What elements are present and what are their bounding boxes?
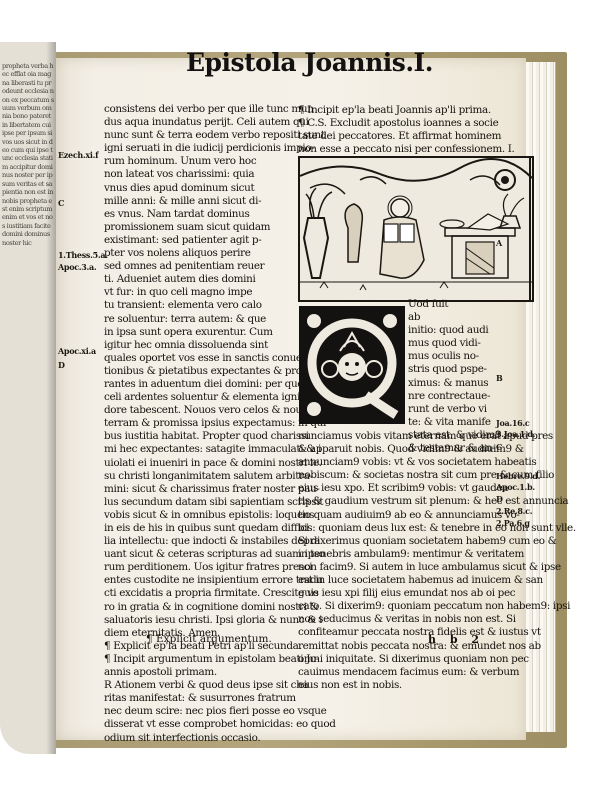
gutter-shadow bbox=[46, 42, 56, 754]
margin-note: Apoc.3.a. bbox=[58, 262, 96, 272]
text-line: nunciamus vobis vitam eternam que erat a… bbox=[298, 430, 528, 443]
text-line: mini: sicut & charissimus frater noster … bbox=[104, 483, 304, 496]
text-line: igni seruati in die iudicij perdicionis … bbox=[104, 142, 304, 155]
text-line: uant sicut & ceteras scripturas ad suam … bbox=[104, 548, 304, 561]
text-line: nobiscum: & societas nostra sit cum pre … bbox=[298, 469, 528, 482]
text-line: non facim9. Si autem in luce ambulamus s… bbox=[298, 561, 528, 574]
text-line: runt de verbo vi bbox=[408, 403, 518, 416]
woodcut-illustration bbox=[298, 156, 534, 302]
text-line: sed omnes ad penitentiam reuer bbox=[104, 260, 304, 273]
text-line: bus iustitia habitat. Propter quod chari… bbox=[104, 430, 304, 443]
saint-john-woodcut-icon bbox=[300, 158, 532, 300]
text-line: ¶ Incipit ep'la beati Joannis ap'li prim… bbox=[298, 104, 528, 117]
margin-note: D bbox=[58, 360, 65, 370]
margin-note: Joa.16.c bbox=[496, 418, 529, 428]
margin-note: Apoc.xi.a bbox=[58, 346, 96, 356]
text-line: quales oportet vos esse in sanctis conue… bbox=[104, 352, 304, 365]
text-line: rum perditionem. Uos igitur fratres pres… bbox=[104, 561, 304, 574]
text-line: odium sit interfectionis occasio. bbox=[104, 732, 304, 745]
text-line: in ipsa sunt opera exurentur. Cum bbox=[104, 326, 304, 339]
explicit-argumentum: ¶ Explicit argumentum. bbox=[146, 633, 272, 645]
margin-note: Apoc.1.b. bbox=[496, 482, 535, 492]
text-line: tate dei peccatores. Et affirmat hominem bbox=[298, 130, 528, 143]
text-line: vobis sicut & in omnibus epistolis: loqu… bbox=[104, 509, 304, 522]
text-line: R Ationem verbi & quod deus ipse sit cha bbox=[104, 679, 304, 692]
text-line: initio: quod audi bbox=[408, 324, 518, 337]
text-line: terram & promissa ipsius expectamus: in … bbox=[104, 417, 304, 430]
text-line: nec deum scire: nec pios fieri posse eo … bbox=[104, 705, 304, 718]
margin-note: Hebre.9.d. bbox=[496, 471, 540, 481]
text-line: tionibus & pietatibus expectantes & prop… bbox=[104, 365, 304, 378]
margin-note: 3.Joa.1.d. bbox=[496, 429, 535, 439]
text-line: remittat nobis peccata nostra: & emundet… bbox=[298, 640, 528, 653]
text-line: rantes in aduentum diei domini: per quem bbox=[104, 378, 304, 391]
text-line: disserat vt esse comprobet homicidas: eo… bbox=[104, 718, 304, 731]
text-line: mus oculis no- bbox=[408, 350, 518, 363]
text-line: nunc sunt & terra eodem verbo repositi s… bbox=[104, 129, 304, 142]
text-line: ritas manifestat: & susurrones fratrum bbox=[104, 692, 304, 705]
text-line: est in luce societatem habemus ad inuice… bbox=[298, 574, 528, 587]
text-line: uiolati ei inueniri in pace & domini nos… bbox=[104, 457, 304, 470]
margin-note: 1.Thess.5.a. bbox=[58, 250, 108, 260]
text-line: ¶ C.S. Excludit apostolus ioannes a soci… bbox=[298, 117, 528, 130]
text-line: omni iniquitate. Si dixerimus quoniam no… bbox=[298, 653, 528, 666]
margin-note: 2.Pa.6.g bbox=[496, 518, 530, 528]
text-line: saluatoris iesu christi. Ipsi gloria & n… bbox=[104, 614, 304, 627]
grotesque-face-initial-icon bbox=[300, 307, 404, 423]
text-line: tio quam audiuim9 ab eo & annunciamus vo… bbox=[298, 509, 528, 522]
margin-note: Ezech.xi.f bbox=[58, 150, 98, 160]
margin-note: C bbox=[58, 198, 64, 208]
text-line: mus quod vidi- bbox=[408, 337, 518, 350]
text-line: confiteamur peccata nostra fidelis est &… bbox=[298, 626, 528, 639]
text-line: guis iesu xpi filij eius emundat nos ab … bbox=[298, 587, 528, 600]
text-line: existimant: sed patienter agit p- bbox=[104, 234, 304, 247]
text-line: su christi longanimitatem salutem arbitr… bbox=[104, 470, 304, 483]
text-line: dore tabescent. Nouos vero celos & nouam bbox=[104, 404, 304, 417]
text-line: tis & gaudium vestrum sit plenum: & hec … bbox=[298, 495, 528, 508]
text-line: promissionem suam sicut quidam bbox=[104, 221, 304, 234]
text-line: non esse a peccato nisi per confessionem… bbox=[298, 143, 528, 156]
text-line: re soluentur: terra autem: & que bbox=[104, 313, 304, 326]
text-line: mille anni: & mille anni sicut di- bbox=[104, 195, 304, 208]
chapter-heading: ¶ Incipit ep'la beati Joannis ap'li prim… bbox=[298, 104, 528, 156]
text-line: cti excidatis a propria firmitate. Cresc… bbox=[104, 587, 304, 600]
text-line: ¶ Incipit argumentum in epistolam beati … bbox=[104, 653, 304, 666]
text-line: nos seducimus & veritas in nobis non est… bbox=[298, 613, 528, 626]
signature-mark: h b 2 bbox=[428, 633, 484, 646]
left-page-fragment: propheta verba hec efflat oia magna libe… bbox=[0, 42, 56, 754]
text-line: Si dixerimus quoniam societatem habem9 c… bbox=[298, 535, 528, 548]
recto-page: Epistola Joannis.I. consistens dei verbo… bbox=[56, 58, 526, 740]
text-line: lus secundum datam sibi sapientiam scrip… bbox=[104, 496, 304, 509]
text-line: annis apostoli primam. bbox=[104, 666, 304, 679]
text-line: consistens dei verbo per que ille tunc m… bbox=[104, 103, 304, 116]
margin-note: C bbox=[496, 442, 502, 452]
text-line: tu transient: elementa vero calo bbox=[104, 299, 304, 312]
text-line: non lateat vos charissimi: quia bbox=[104, 168, 304, 181]
text-line: lia intellectu: que indocti & instabiles… bbox=[104, 535, 304, 548]
margin-note: D bbox=[496, 494, 503, 504]
text-line: rum hominum. Unum vero hoc bbox=[104, 155, 304, 168]
margin-note: 2.Re.8.c. bbox=[496, 506, 532, 516]
text-line: dus aqua inundatus perijt. Celi autem qu… bbox=[104, 116, 304, 129]
margin-note: A bbox=[496, 238, 502, 248]
text-line: vnus dies apud dominum sicut bbox=[104, 182, 304, 195]
text-line: nre contrectaue- bbox=[408, 390, 518, 403]
right-column-body: nunciamus vobis vitam eternam que erat a… bbox=[298, 430, 528, 692]
text-line: ab bbox=[408, 311, 518, 324]
text-line: es vnus. Nam tardat dominus bbox=[104, 208, 304, 221]
text-line: Uod fuit bbox=[408, 298, 518, 311]
running-head: Epistola Joannis.I. bbox=[186, 48, 433, 77]
text-line: mi hec expectantes: satagite immaculati … bbox=[104, 443, 304, 456]
text-line: ro in gratia & in cognitione domini nost… bbox=[104, 601, 304, 614]
text-line: cato. Si dixerim9: quoniam peccatum non … bbox=[298, 600, 528, 613]
text-line: eius iesu xpo. Et scribim9 vobis: vt gau… bbox=[298, 482, 528, 495]
text-line: entes custodite ne insipientium errore t… bbox=[104, 574, 304, 587]
text-line: eius non est in nobis. bbox=[298, 679, 528, 692]
margin-note: B bbox=[496, 373, 502, 383]
text-line: ti. Adueniet autem dies domini bbox=[104, 273, 304, 286]
text-line: pter vos nolens aliquos perire bbox=[104, 247, 304, 260]
text-line: & apparuit nobis. Quod vidim9 & audiuim9… bbox=[298, 443, 528, 456]
text-line: igitur hec omnia dissoluenda sint bbox=[104, 339, 304, 352]
text-line: celi ardentes soluentur & elementa ignis… bbox=[104, 391, 304, 404]
text-line: bis: quoniam deus lux est: & tenebre in … bbox=[298, 522, 528, 535]
text-line: in tenebris ambulam9: mentimur & veritat… bbox=[298, 548, 528, 561]
text-line: vt fur: in quo celi magno impe bbox=[104, 286, 304, 299]
text-line: in eis de his in quibus sunt quedam diff… bbox=[104, 522, 304, 535]
left-column: consistens dei verbo per que ille tunc m… bbox=[104, 103, 304, 745]
decorated-initial-q bbox=[299, 306, 405, 424]
text-line: cauimus mendacem facimus eum: & verbum bbox=[298, 666, 528, 679]
text-line: annunciam9 vobis: vt & vos societatem ha… bbox=[298, 456, 528, 469]
